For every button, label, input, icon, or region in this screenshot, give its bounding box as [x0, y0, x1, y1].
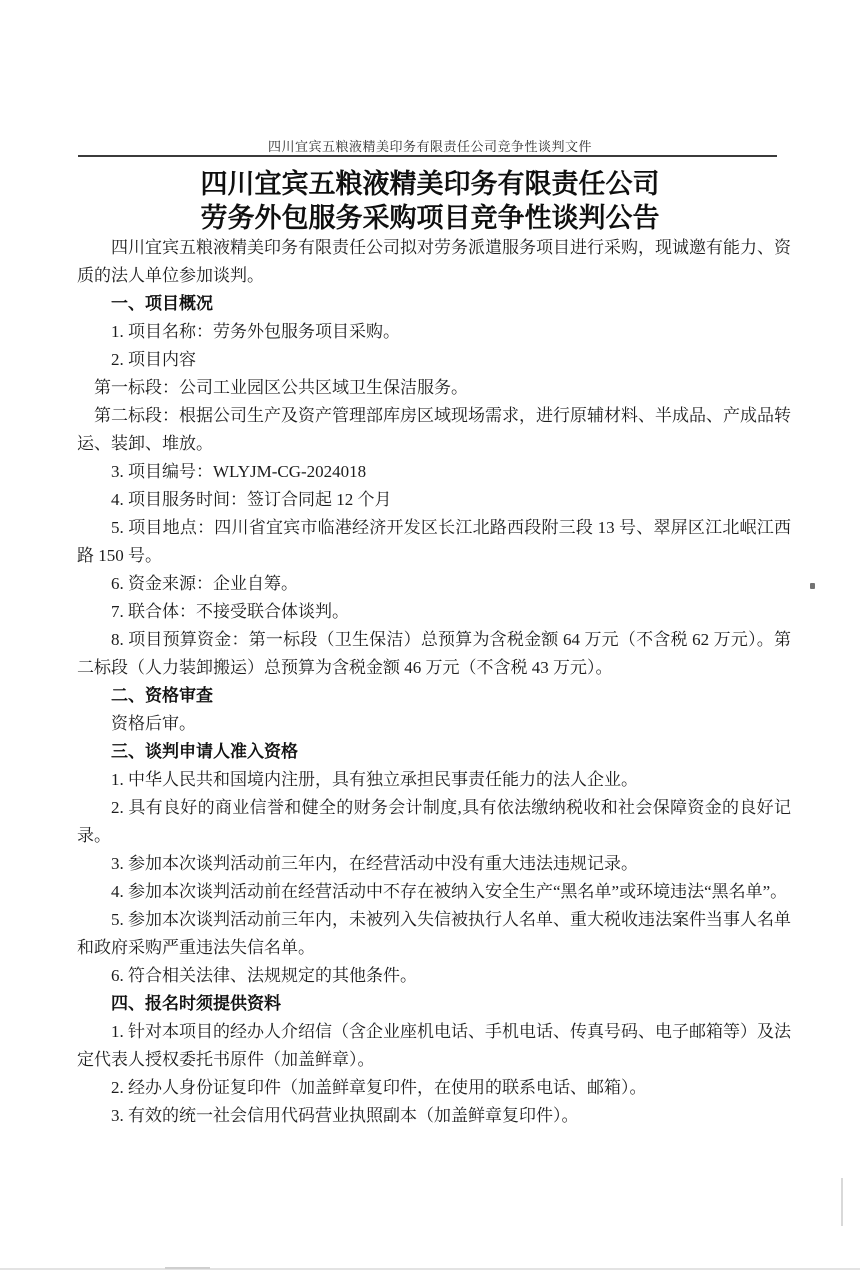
item-lot-2: 第二标段：根据公司生产及资产管理部库房区域现场需求，进行原辅材料、半成品、产成品…: [77, 402, 791, 458]
item-project-content: 2. 项目内容: [77, 346, 791, 374]
document-page: 四川宜宾五粮液精美印务有限责任公司竞争性谈判文件 四川宜宾五粮液精美印务有限责任…: [0, 0, 860, 1270]
item-consortium: 7. 联合体：不接受联合体谈判。: [77, 598, 791, 626]
item-doc-3: 3. 有效的统一社会信用代码营业执照副本（加盖鲜章复印件）。: [77, 1102, 791, 1130]
section-3-heading: 三、谈判申请人准入资格: [77, 738, 791, 766]
item-qualification-review: 资格后审。: [77, 710, 791, 738]
item-qual-5: 5. 参加本次谈判活动前三年内，未被列入失信被执行人名单、重大税收违法案件当事人…: [77, 906, 791, 962]
document-body: 四川宜宾五粮液精美印务有限责任公司拟对劳务派遣服务项目进行采购，现诚邀有能力、资…: [77, 234, 791, 1130]
document-title-line-1: 四川宜宾五粮液精美印务有限责任公司: [0, 167, 860, 201]
item-doc-2: 2. 经办人身份证复印件（加盖鲜章复印件，在使用的联系电话、邮箱）。: [77, 1074, 791, 1102]
item-qual-1: 1. 中华人民共和国境内注册，具有独立承担民事责任能力的法人企业。: [77, 766, 791, 794]
document-title: 四川宜宾五粮液精美印务有限责任公司 劳务外包服务采购项目竞争性谈判公告: [0, 167, 860, 235]
item-lot-1: 第一标段：公司工业园区公共区域卫生保洁服务。: [77, 374, 791, 402]
scan-artifact-bottom-smudge: [165, 1267, 210, 1269]
item-service-period: 4. 项目服务时间：签订合同起 12 个月: [77, 486, 791, 514]
item-project-number: 3. 项目编号：WLYJM-CG-2024018: [77, 458, 791, 486]
scan-artifact-dot: [810, 583, 815, 589]
header-divider-rule: [78, 155, 777, 157]
item-budget: 8. 项目预算资金：第一标段（卫生保洁）总预算为含税金额 64 万元（不含税 6…: [77, 626, 791, 682]
item-qual-2: 2. 具有良好的商业信誉和健全的财务会计制度,具有依法缴纳税收和社会保障资金的良…: [77, 794, 791, 850]
item-project-location: 5. 项目地点：四川省宜宾市临港经济开发区长江北路西段附三段 13 号、翠屏区江…: [77, 514, 791, 570]
scan-artifact-right-line: [841, 1178, 843, 1226]
item-funding-source: 6. 资金来源：企业自筹。: [77, 570, 791, 598]
section-2-heading: 二、资格审查: [77, 682, 791, 710]
document-title-line-2: 劳务外包服务采购项目竞争性谈判公告: [0, 201, 860, 235]
section-4-heading: 四、报名时须提供资料: [77, 990, 791, 1018]
page-header-text: 四川宜宾五粮液精美印务有限责任公司竞争性谈判文件: [0, 136, 860, 155]
item-doc-1: 1. 针对本项目的经办人介绍信（含企业座机电话、手机电话、传真号码、电子邮箱等）…: [77, 1018, 791, 1074]
item-qual-3: 3. 参加本次谈判活动前三年内，在经营活动中没有重大违法违规记录。: [77, 850, 791, 878]
item-qual-6: 6. 符合相关法律、法规规定的其他条件。: [77, 962, 791, 990]
intro-paragraph: 四川宜宾五粮液精美印务有限责任公司拟对劳务派遣服务项目进行采购，现诚邀有能力、资…: [77, 234, 791, 290]
item-qual-4: 4. 参加本次谈判活动前在经营活动中不存在被纳入安全生产“黑名单”或环境违法“黑…: [77, 878, 791, 906]
item-project-name: 1. 项目名称：劳务外包服务项目采购。: [77, 318, 791, 346]
section-1-heading: 一、项目概况: [77, 290, 791, 318]
